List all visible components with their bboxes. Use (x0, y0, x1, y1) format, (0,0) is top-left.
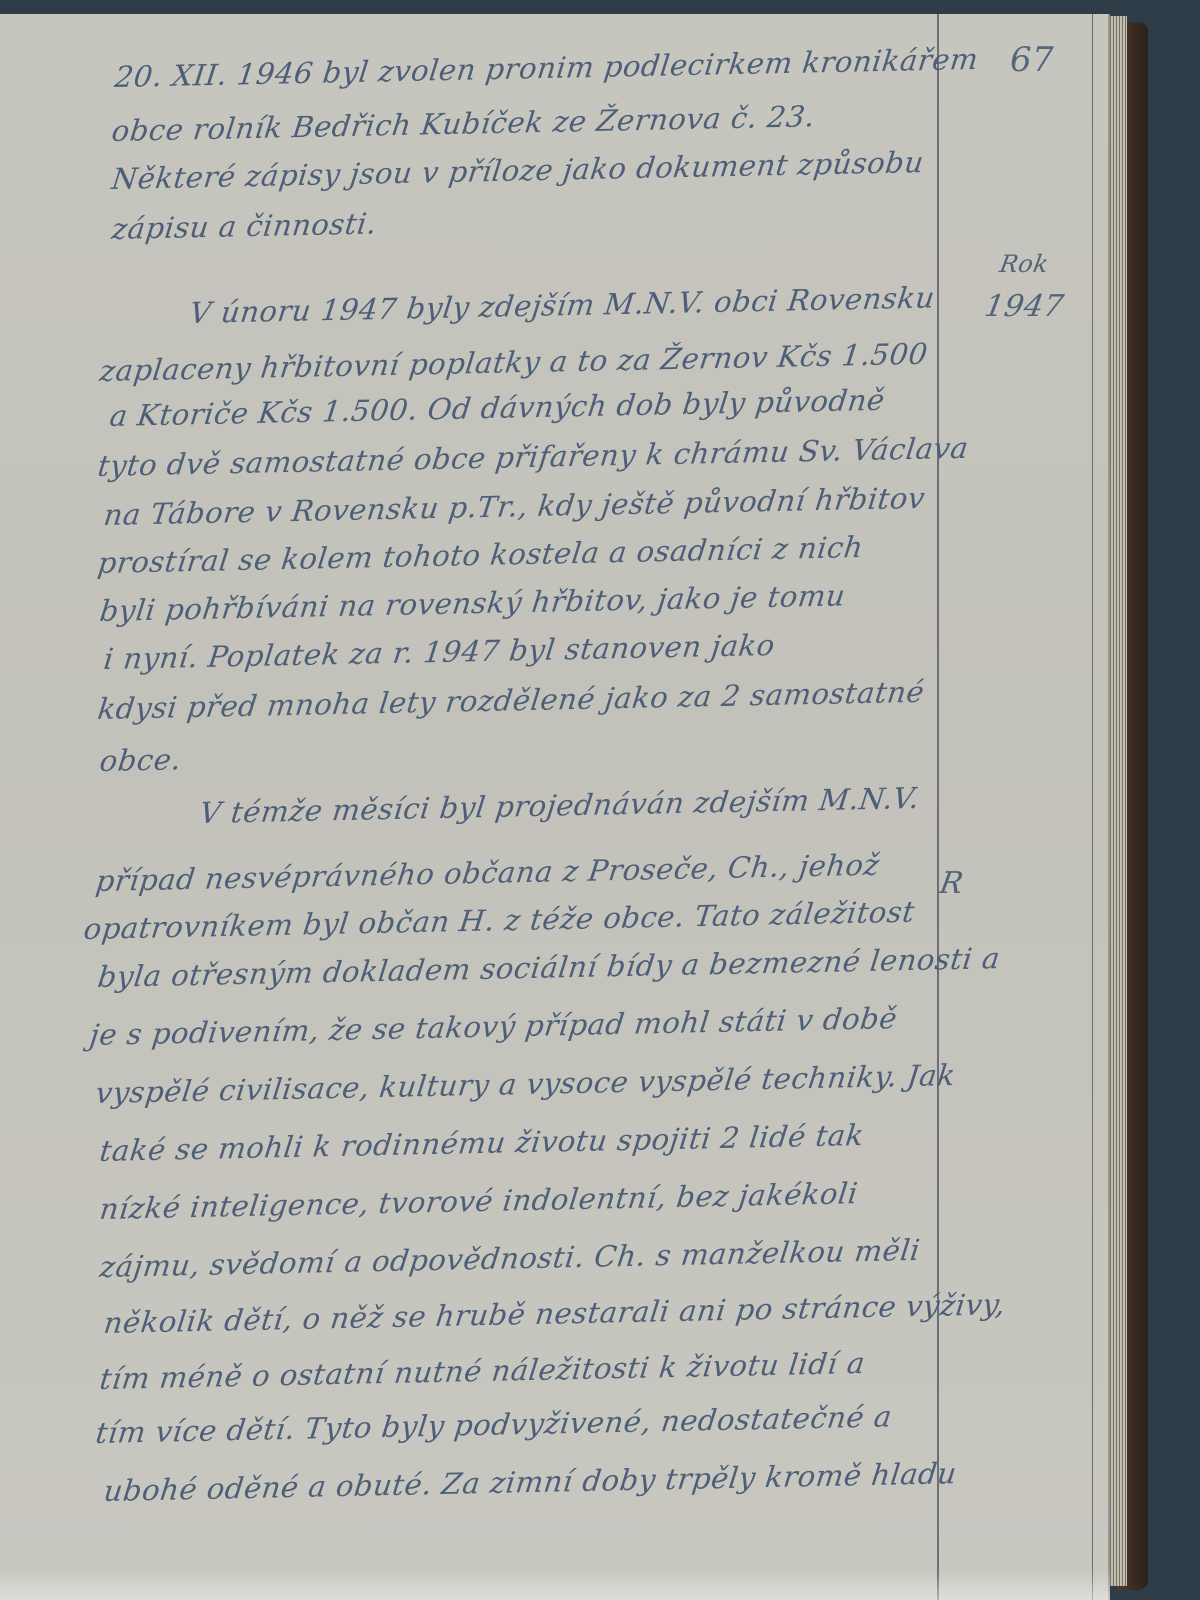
text-line: na Tábore v Rovensku p.Tr., kdy ještě pů… (102, 481, 927, 532)
margin-mark: R (937, 866, 966, 901)
margin-rule (937, 14, 939, 1600)
chronicle-page: 67 Rok 1947 R 20. XII. 1946 byl zvolen p… (0, 14, 1110, 1600)
text-line: je s podivením, že se takový případ mohl… (88, 1001, 899, 1052)
text-line: V témže měsíci byl projednáván zdejším M… (198, 781, 921, 830)
text-line: zápisu a činnosti. (110, 206, 379, 246)
scanned-book-page: 67 Rok 1947 R 20. XII. 1946 byl zvolen p… (0, 0, 1200, 1600)
text-line: také se mohli k rodinnému životu spojiti… (98, 1118, 866, 1168)
text-line: byla otřesným dokladem sociální bídy a b… (96, 941, 1002, 994)
margin-year: 1947 (982, 289, 1067, 324)
text-line: i nyní. Poplatek za r. 1947 byl stanoven… (102, 628, 777, 676)
text-line: V únoru 1947 byly zdejším M.N.V. obci Ro… (188, 280, 937, 330)
text-line: obce. (98, 742, 183, 778)
text-line: tím více dětí. Tyto byly podvyživené, ne… (94, 1399, 894, 1450)
page-border-line (1092, 14, 1093, 1600)
text-line: prostíral se kolem tohoto kostela a osad… (96, 530, 865, 580)
text-line: Některé zápisy jsou v příloze jako dokum… (110, 145, 926, 196)
text-line: ubohé oděné a obuté. Za zimní doby trpěl… (102, 1456, 959, 1508)
text-line: kdysi před mnoha lety rozdělené jako za … (96, 675, 926, 726)
text-line: obce rolník Bedřich Kubíček ze Žernova č… (110, 99, 817, 148)
text-line: nízké inteligence, tvorové indolentní, b… (98, 1176, 860, 1226)
text-line: případ nesvéprávného občana z Prosečе, C… (94, 848, 882, 898)
margin-year-label: Rok (998, 250, 1051, 278)
page-number: 67 (1010, 40, 1054, 80)
text-line: tyto dvě samostatné obce přifařeny k chr… (96, 431, 971, 483)
text-line: byli pohřbíváni na rovenský hřbitov, jak… (98, 578, 847, 628)
text-line: tím méně o ostatní nutné náležitosti k ž… (98, 1346, 867, 1396)
text-line: a Ktoriče Kčs 1.500. Od dávných dob byly… (108, 383, 887, 433)
text-line: zaplaceny hřbitovní poplatky a to za Žer… (98, 337, 930, 388)
text-line: zájmu, svědomí a odpovědnosti. Ch. s man… (98, 1233, 922, 1284)
text-line: 20. XII. 1946 byl zvolen pronim podlecir… (113, 42, 980, 94)
text-line: několik dětí, o něž se hrubě nestarali a… (102, 1287, 1007, 1340)
scan-glare (0, 1570, 1110, 1600)
text-line: opatrovníkem byl občan H. z téže obce. T… (82, 895, 917, 946)
text-line: vyspělé civilisace, kultury a vysoce vys… (94, 1058, 957, 1110)
